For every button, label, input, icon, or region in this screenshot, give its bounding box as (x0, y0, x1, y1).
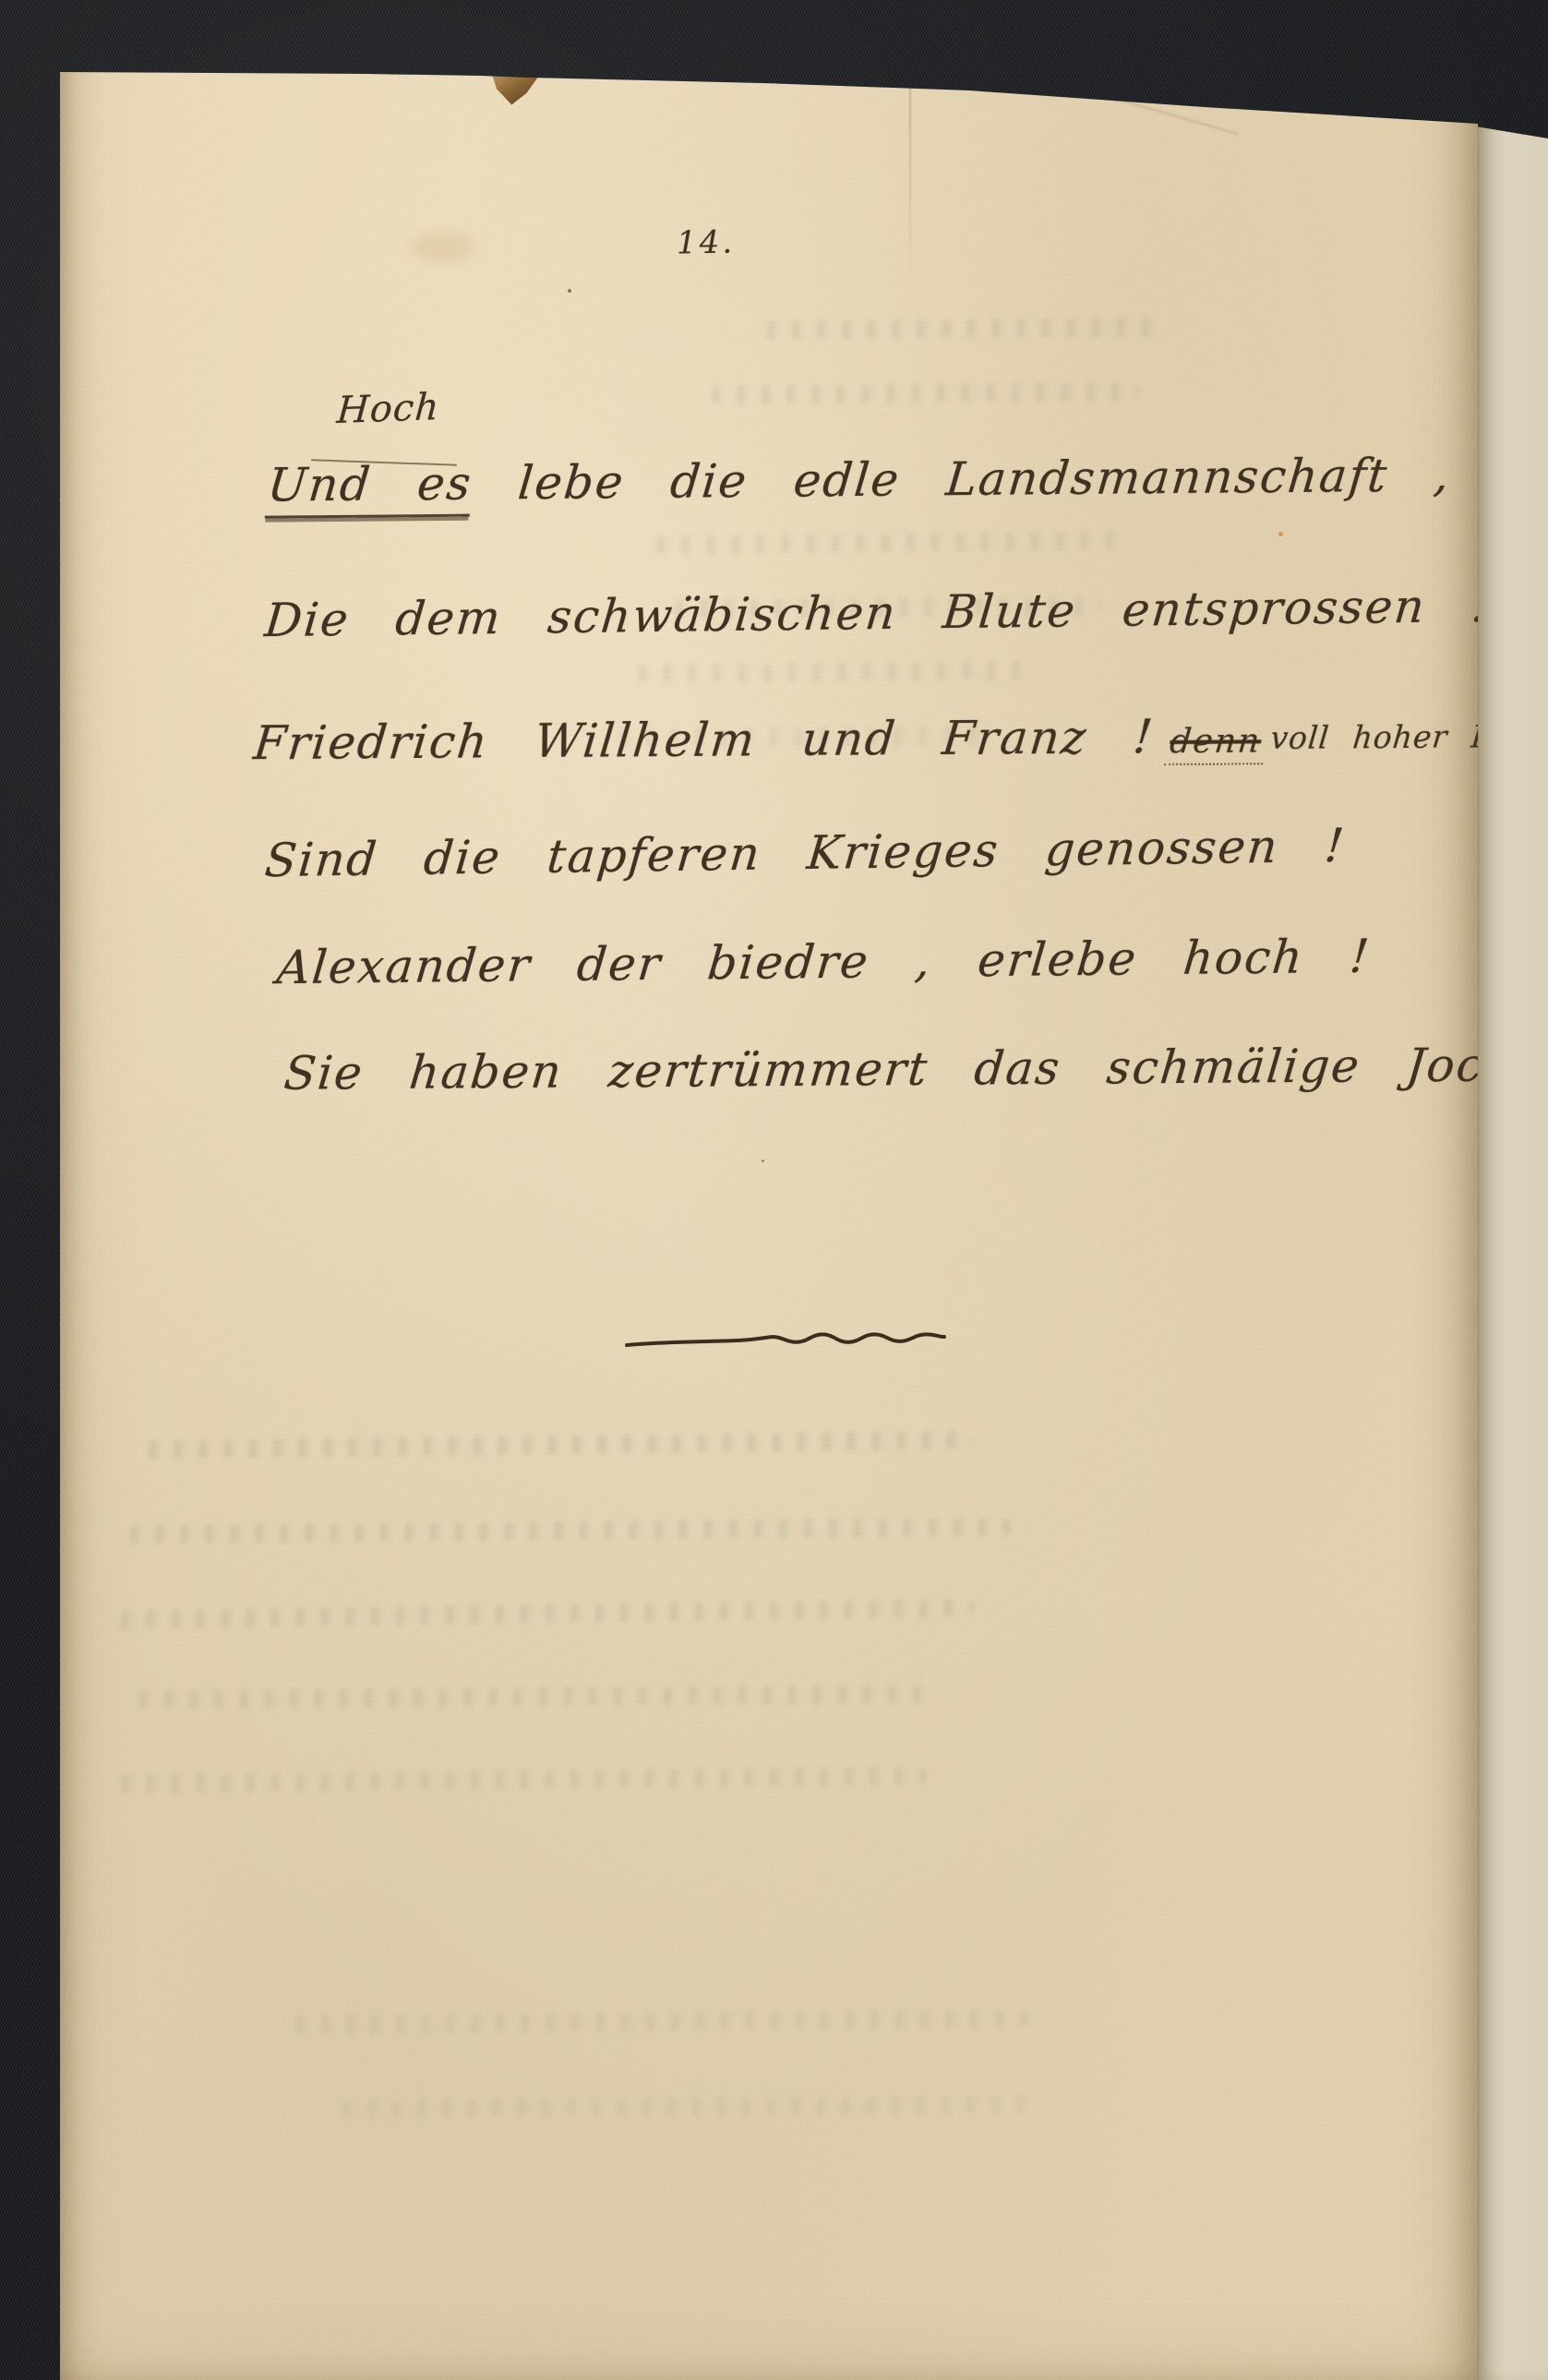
verse-line-3-names: Friedrich Willhelm und Franz ! (251, 710, 1157, 770)
bleedthrough-line (134, 1685, 928, 1709)
bleedthrough-line (632, 661, 1038, 683)
verse-line-3: Friedrich Willhelm und Franz !dennvoll h… (251, 708, 1548, 770)
manuscript-page: 14. Hoch Und es lebe die edle Landsmanns… (60, 0, 1478, 2380)
verse-line-1: Und es lebe die edle Landsmannschaft , (265, 449, 1453, 512)
verse-line-2: Die dem schwäbischen Blute entsprossen ! (262, 580, 1494, 648)
paper-stain (411, 233, 475, 262)
ink-speck (568, 289, 571, 293)
bleedthrough-line (125, 1518, 1011, 1544)
ink-speck (1278, 532, 1283, 536)
bleedthrough-line (291, 2010, 1029, 2035)
verse-line-1-rest: lebe die edle Landsmannschaft , (470, 448, 1454, 510)
struck-word: denn (1164, 722, 1266, 765)
bleedthrough-line (115, 1766, 928, 1793)
verse-line-4: Sind die tapferen Krieges genossen ! (262, 820, 1348, 888)
bleedthrough-line (115, 1599, 974, 1629)
verse-line-6: Sie haben zertrümmert das schmälige Joch… (282, 1039, 1535, 1100)
diagonal-crease (1122, 100, 1238, 135)
page-number: 14. (677, 224, 736, 261)
heading-hoch: Hoch (335, 386, 440, 432)
divider-flourish (625, 1325, 948, 1354)
vertical-crease (909, 78, 911, 294)
bleedthrough-line (651, 531, 1131, 554)
underlined-words: Und es (265, 457, 475, 519)
bleedthrough-line (337, 2095, 1038, 2118)
bleedthrough-line (143, 1431, 974, 1460)
scanned-manuscript-photo: 14. Hoch Und es lebe die edle Landsmanns… (0, 0, 1548, 2380)
paper-chip (486, 67, 544, 109)
bleedthrough-line (706, 382, 1140, 403)
ink-speck (762, 1160, 764, 1162)
verse-line-5: Alexander der biedre , erlebe hoch ! (274, 931, 1373, 995)
under-page-edge (1476, 0, 1548, 2380)
bleedthrough-line (762, 318, 1158, 340)
